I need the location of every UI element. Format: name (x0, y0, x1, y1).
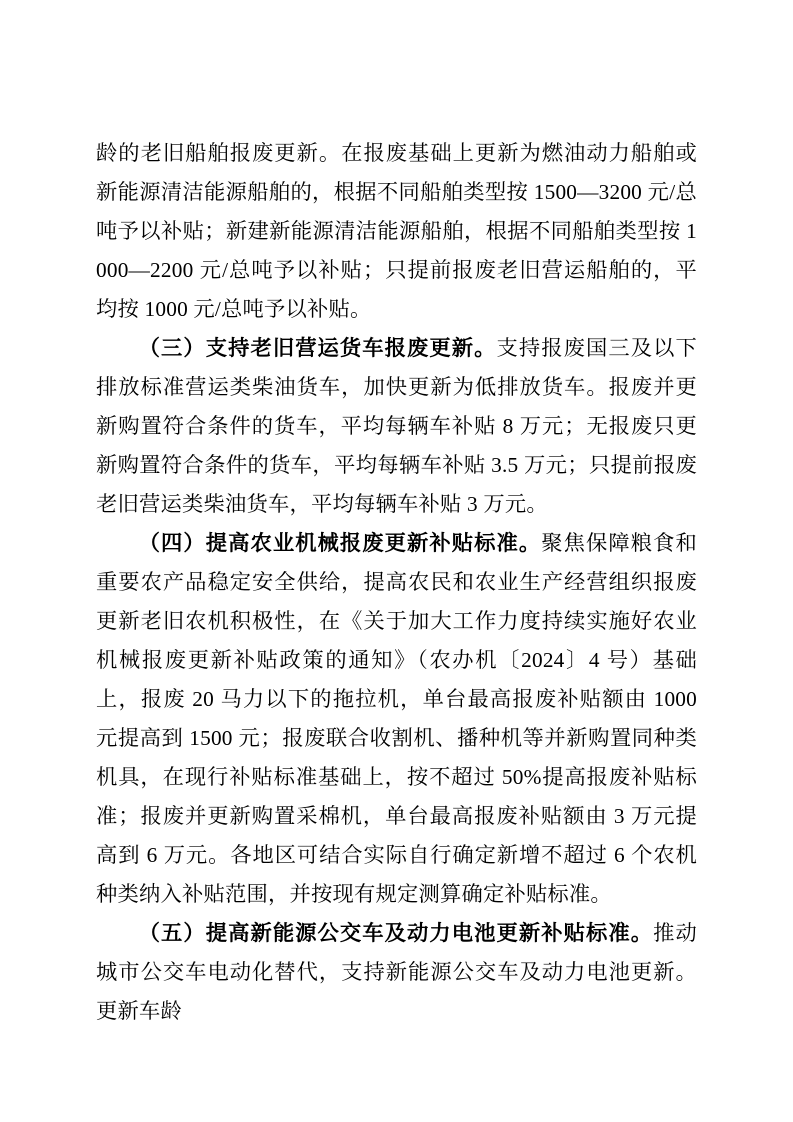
paragraph-heading: （四）提高农业机械报废更新补贴标准。 (139, 531, 542, 555)
paragraph-heading: （五）提高新能源公交车及动力电池更新补贴标准。 (139, 921, 654, 945)
paragraph-truck-scrappage: （三）支持老旧营运货车报废更新。支持报废国三及以下排放标准营运类柴油货车，加快更… (96, 329, 697, 524)
paragraph-ship-scrappage-continuation: 龄的老旧船舶报废更新。在报废基础上更新为燃油动力船舶或新能源清洁能源船舶的，根据… (96, 134, 697, 329)
document-page: 龄的老旧船舶报废更新。在报废基础上更新为燃油动力船舶或新能源清洁能源船舶的，根据… (0, 0, 793, 1122)
paragraph-text: 聚焦保障粮食和重要农产品稳定安全供给，提高农民和农业生产经营组织报废更新老旧农机… (96, 531, 697, 906)
paragraph-text: 支持报废国三及以下排放标准营运类柴油货车，加快更新为低排放货车。报废并更新购置符… (96, 336, 697, 516)
paragraph-heading: （三）支持老旧营运货车报废更新。 (139, 336, 497, 360)
document-body: 龄的老旧船舶报废更新。在报废基础上更新为燃油动力船舶或新能源清洁能源船舶的，根据… (96, 134, 697, 1031)
paragraph-agricultural-machinery-subsidy: （四）提高农业机械报废更新补贴标准。聚焦保障粮食和重要农产品稳定安全供给，提高农… (96, 524, 697, 914)
paragraph-text: 龄的老旧船舶报废更新。在报废基础上更新为燃油动力船舶或新能源清洁能源船舶的，根据… (96, 141, 697, 321)
paragraph-ev-bus-battery-subsidy: （五）提高新能源公交车及动力电池更新补贴标准。推动城市公交车电动化替代，支持新能… (96, 914, 697, 1031)
